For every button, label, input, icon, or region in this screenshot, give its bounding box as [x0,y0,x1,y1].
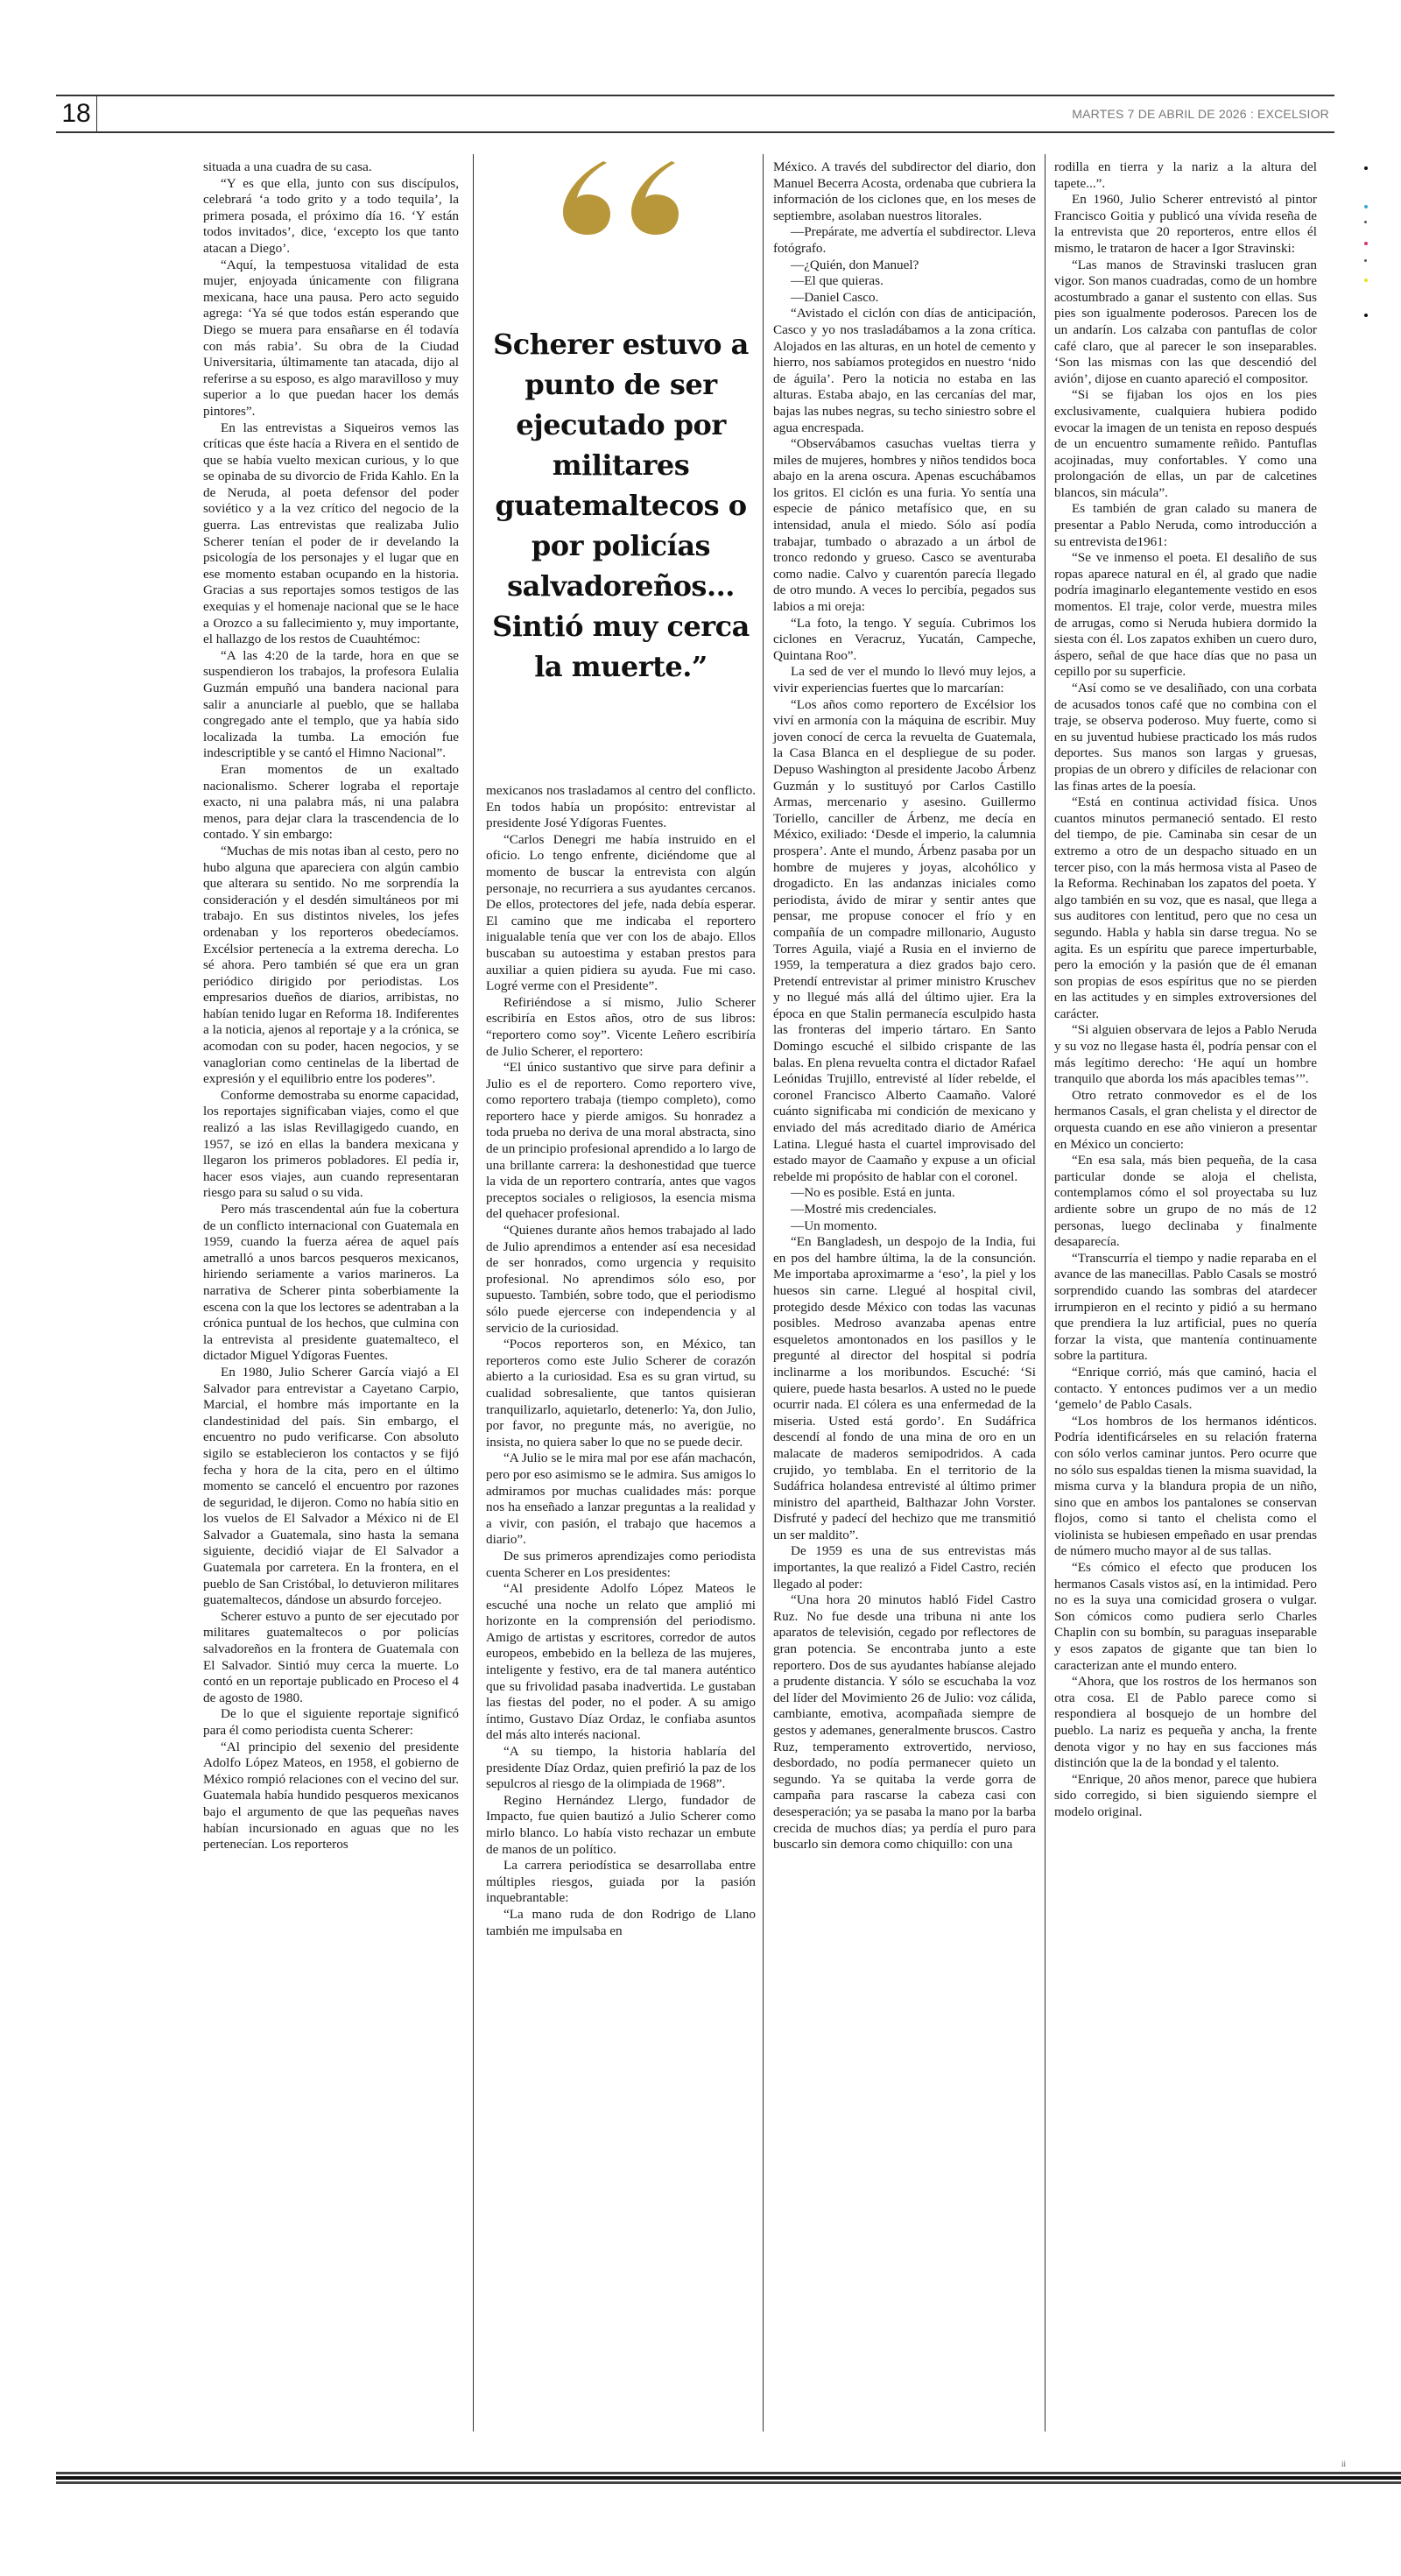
paragraph: “Muchas de mis notas iban al cesto, pero… [203,843,459,1088]
paragraph: —Un momento. [773,1218,1036,1235]
pull-quote: Scherer estuvo a punto de ser ejecutado … [486,154,756,767]
registration-dot-icon [1364,242,1368,245]
paragraph: “Es cómico el efecto que producen los he… [1054,1560,1317,1674]
paragraph: De 1959 es una de sus entrevistas más im… [773,1543,1036,1592]
paragraph: “Está en continua actividad física. Unos… [1054,794,1317,1022]
paragraph: “Pocos reporteros son, en México, tan re… [486,1337,756,1450]
paragraph: “Una hora 20 minutos habló Fidel Castro … [773,1592,1036,1853]
paragraph: “Y es que ella, junto con sus discípulos… [203,176,459,258]
pull-quote-text: Scherer estuvo a punto de ser ejecutado … [486,324,756,687]
paragraph: —No es posible. Está en junta. [773,1185,1036,1202]
footer-rules [56,2472,1401,2486]
print-mark-icon: ii [1341,2460,1346,2468]
paragraph: situada a una cuadra de su casa. [203,159,459,176]
paragraph: De sus primeros aprendizajes como period… [486,1549,756,1581]
paragraph: —Daniel Casco. [773,290,1036,307]
registration-dot-icon [1364,166,1368,170]
paragraph: “Quienes durante años hemos trabajado al… [486,1223,756,1337]
paragraph: “Al principio del sexenio del presidente… [203,1740,459,1853]
paragraph: “La mano ruda de don Rodrigo de Llano ta… [486,1907,756,1939]
paragraph: “En esa sala, más bien pequeña, de la ca… [1054,1153,1317,1251]
paragraph: —¿Quién, don Manuel? [773,258,1036,274]
paragraph: “Si alguien observara de lejos a Pablo N… [1054,1022,1317,1087]
paragraph: Conforme demostraba su enorme capacidad,… [203,1088,459,1202]
paragraph: mexicanos nos trasladamos al centro del … [486,783,756,832]
paragraph: La carrera periodística se desarrollaba … [486,1858,756,1907]
paragraph: “El único sustantivo que sirve para defi… [486,1060,756,1223]
paragraph: “A su tiempo, la historia hablaría del p… [486,1744,756,1793]
paragraph: “Carlos Denegri me había instruido en el… [486,832,756,995]
article-column-3: México. A través del subdirector del dia… [773,159,1036,1853]
paragraph: “Enrique, 20 años menor, parece que hubi… [1054,1772,1317,1821]
paragraph: “En Bangladesh, un despojo de la India, … [773,1234,1036,1543]
paragraph: “Observábamos casuchas vueltas tierra y … [773,436,1036,616]
paragraph: “Al presidente Adolfo López Mateos le es… [486,1581,756,1744]
paragraph: De lo que el siguiente reportaje signifi… [203,1706,459,1739]
page-header: 18 MARTES 7 DE ABRIL DE 2026 : EXCELSIOR [56,95,1334,133]
dateline: MARTES 7 DE ABRIL DE 2026 : EXCELSIOR [1072,96,1329,131]
paragraph: “Enrique corrió, más que caminó, hacia e… [1054,1365,1317,1414]
paragraph: “Así como se ve desaliñado, con una corb… [1054,681,1317,794]
registration-dot-icon [1364,259,1367,262]
registration-dot-icon [1364,221,1367,223]
paragraph: En las entrevistas a Siqueiros vemos las… [203,420,459,648]
paragraph: “Transcurría el tiempo y nadie reparaba … [1054,1251,1317,1365]
paragraph: —Mostré mis credenciales. [773,1202,1036,1218]
paragraph: “Las manos de Stravinski traslucen gran … [1054,258,1317,388]
paragraph: Regino Hernández Llergo, fundador de Imp… [486,1793,756,1858]
paragraph: La sed de ver el mundo lo llevó muy lejo… [773,664,1036,696]
paragraph: “Los años como reportero de Excélsior lo… [773,697,1036,1186]
paragraph: rodilla en tierra y la nariz a la altura… [1054,159,1317,192]
paragraph: Otro retrato conmovedor es el de los her… [1054,1088,1317,1153]
paragraph: “Aquí, la tempestuosa vitalidad de esta … [203,258,459,420]
paragraph: —El que quieras. [773,273,1036,290]
column-divider [473,154,474,2431]
paragraph: En 1960, Julio Scherer entrevistó al pin… [1054,192,1317,257]
paragraph: Refiriéndose a sí mismo, Julio Scherer e… [486,995,756,1060]
paragraph: “A las 4:20 de la tarde, hora en que se … [203,648,459,762]
paragraph: Scherer estuvo a punto de ser ejecutado … [203,1609,459,1707]
registration-dot-icon [1364,205,1368,208]
registration-dot-icon [1364,314,1368,317]
paragraph: México. A través del subdirector del dia… [773,159,1036,224]
paragraph: “Si se fijaban los ojos en los pies excl… [1054,387,1317,501]
paragraph: “Se ve inmenso el poeta. El desaliño de … [1054,550,1317,681]
paragraph: —Prepárate, me advertía el subdirector. … [773,224,1036,257]
paragraph: Pero más trascendental aún fue la cobert… [203,1202,459,1365]
paragraph: “A Julio se le mira mal por ese afán mac… [486,1450,756,1549]
article-column-4: rodilla en tierra y la nariz a la altura… [1054,159,1317,1821]
paragraph: “Ahora, que los rostros de los hermanos … [1054,1674,1317,1772]
page-number: 18 [56,96,97,131]
paragraph: “Los hombros de los hermanos idénticos. … [1054,1414,1317,1560]
column-divider [763,154,764,2431]
paragraph: En 1980, Julio Scherer García viajó a El… [203,1365,459,1609]
article-column-1: situada a una cuadra de su casa. “Y es q… [203,159,459,1853]
column-divider [1045,154,1045,2431]
registration-dot-icon [1364,279,1368,282]
paragraph: Es también de gran calado su manera de p… [1054,501,1317,550]
paragraph: Eran momentos de un exaltado nacionalism… [203,762,459,843]
paragraph: “La foto, la tengo. Y seguía. Cubrimos l… [773,616,1036,665]
paragraph: “Avistado el ciclón con días de anticipa… [773,306,1036,436]
quote-mark-icon [551,158,691,236]
